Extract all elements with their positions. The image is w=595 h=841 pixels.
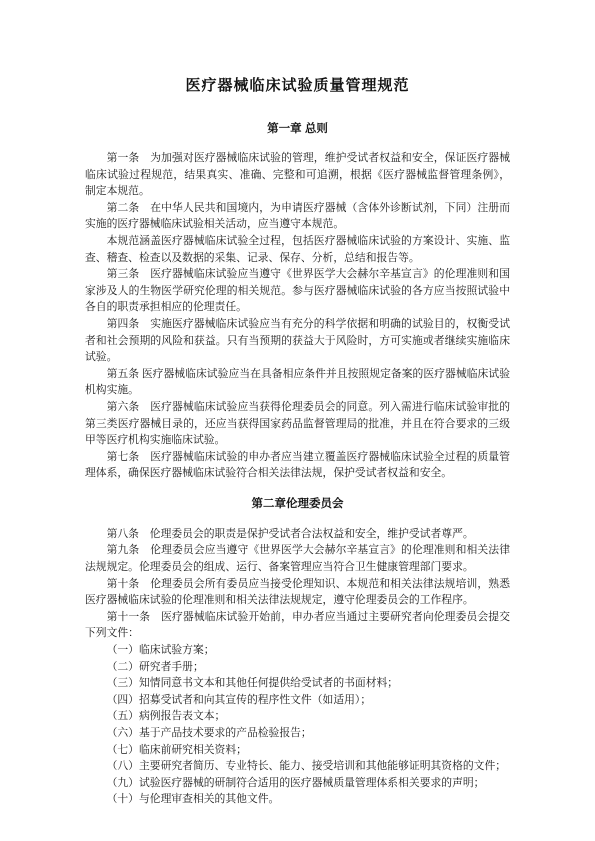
article-5-paragraph: 第五条 医疗器械临床试验应当在具备相应条件并且按照规定备案的医疗器械临床试验机构… (85, 366, 510, 399)
article-1-paragraph: 第一条 为加强对医疗器械临床试验的管理，维护受试者权益和安全，保证医疗器械临床试… (85, 150, 510, 200)
document-page: 医疗器械临床试验质量管理规范 第一章 总则 第一条 为加强对医疗器械临床试验的管… (0, 0, 595, 841)
chapter-2-heading: 第二章伦理委员会 (85, 497, 510, 511)
list-item: （七）临床前研究相关资料； (85, 742, 510, 759)
list-item: （八）主要研究者简历、专业特长、能力、接受培训和其他能够证明其资格的文件； (85, 758, 510, 775)
article-6-paragraph: 第六条 医疗器械临床试验应当获得伦理委员会的同意。列入需进行临床试验审批的第三类… (85, 399, 510, 449)
article-7-paragraph: 第七条 医疗器械临床试验的申办者应当建立覆盖医疗器械临床试验全过程的质量管理体系… (85, 449, 510, 482)
list-item: （十）与伦理审查相关的其他文件。 (85, 791, 510, 808)
article-10-paragraph: 第十条 伦理委员会所有委员应当接受伦理知识、本规范和相关法律法规培训，熟悉医疗器… (85, 576, 510, 609)
chapter-1-heading: 第一章 总则 (85, 122, 510, 136)
list-item: （四）招募受试者和向其宣传的程序性文件（如适用）； (85, 692, 510, 709)
list-item: （五）病例报告表文本； (85, 708, 510, 725)
list-item: （六）基于产品技术要求的产品检验报告； (85, 725, 510, 742)
article-3-paragraph: 第三条 医疗器械临床试验应当遵守《世界医学大会赫尔辛基宣言》的伦理准则和国家涉及… (85, 266, 510, 316)
article-11-paragraph: 第十一条 医疗器械临床试验开始前，申办者应当通过主要研究者向伦理委员会提交下列文… (85, 609, 510, 642)
list-item: （三）知情同意书文本和其他任何提供给受试者的书面材料； (85, 675, 510, 692)
list-item: （九）试验医疗器械的研制符合适用的医疗器械质量管理体系相关要求的声明； (85, 775, 510, 792)
article-4-paragraph: 第四条 实施医疗器械临床试验应当有充分的科学依据和明确的试验目的，权衡受试者和社… (85, 316, 510, 366)
list-item: （二）研究者手册； (85, 659, 510, 676)
list-item: （一）临床试验方案； (85, 642, 510, 659)
article-8-paragraph: 第八条 伦理委员会的职责是保护受试者合法权益和安全，维护受试者尊严。 (85, 526, 510, 543)
article-9-paragraph: 第九条 伦理委员会应当遵守《世界医学大会赫尔辛基宣言》的伦理准则和相关法律法规规… (85, 542, 510, 575)
article-2-scope-paragraph: 本规范涵盖医疗器械临床试验全过程，包括医疗器械临床试验的方案设计、实施、监查、稽… (85, 233, 510, 266)
article-2-paragraph: 第二条 在中华人民共和国境内，为申请医疗器械（含体外诊断试剂，下同）注册而实施的… (85, 200, 510, 233)
document-title: 医疗器械临床试验质量管理规范 (85, 76, 510, 95)
